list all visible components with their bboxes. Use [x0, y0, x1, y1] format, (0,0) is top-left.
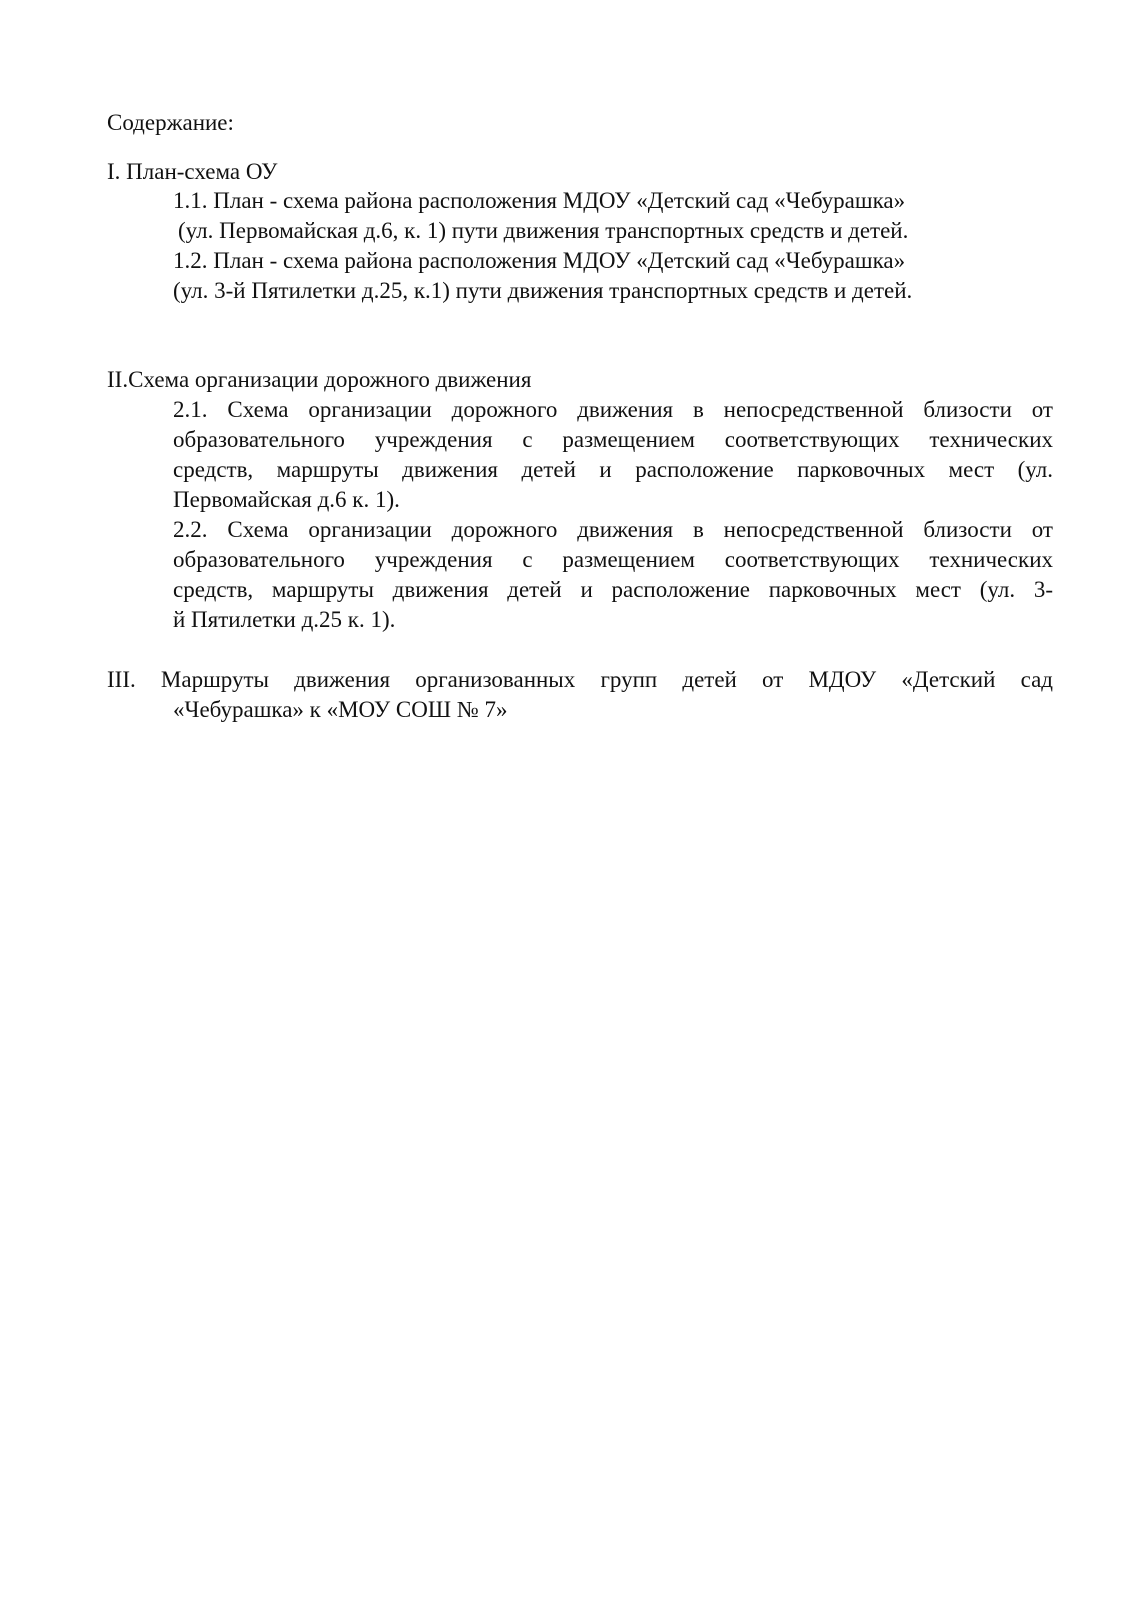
section-3-title-line-2: «Чебурашка» к «МОУ СОШ № 7»	[173, 695, 508, 725]
item-1-2-line-1: 1.2. План - схема района расположения МД…	[173, 246, 905, 276]
section-1-title: I. План-схема ОУ	[107, 157, 277, 187]
section-3-title-line-1: III. Маршруты движения организованных гр…	[107, 665, 1053, 695]
item-1-1-line-1: 1.1. План - схема района расположения МД…	[173, 186, 905, 216]
item-2-1-line-1: 2.1. Схема организации дорожного движени…	[173, 395, 1053, 425]
item-2-1-line-3: средств, маршруты движения детей и распо…	[173, 455, 1053, 485]
item-2-2-line-1: 2.2. Схема организации дорожного движени…	[173, 515, 1053, 545]
item-2-1-line-4: Первомайская д.6 к. 1).	[173, 485, 400, 515]
item-2-1-line-2: образовательного учреждения с размещение…	[173, 425, 1053, 455]
item-1-2-line-2: (ул. 3-й Пятилетки д.25, к.1) пути движе…	[173, 276, 912, 306]
section-2-title: II.Схема организации дорожного движения	[107, 365, 531, 395]
item-2-2-line-4: й Пятилетки д.25 к. 1).	[173, 605, 395, 635]
item-2-2-line-3: средств, маршруты движения детей и распо…	[173, 575, 1053, 605]
item-1-1-line-2: (ул. Первомайская д.6, к. 1) пути движен…	[178, 216, 908, 246]
item-2-2-line-2: образовательного учреждения с размещение…	[173, 545, 1053, 575]
toc-heading: Содержание:	[107, 108, 234, 138]
